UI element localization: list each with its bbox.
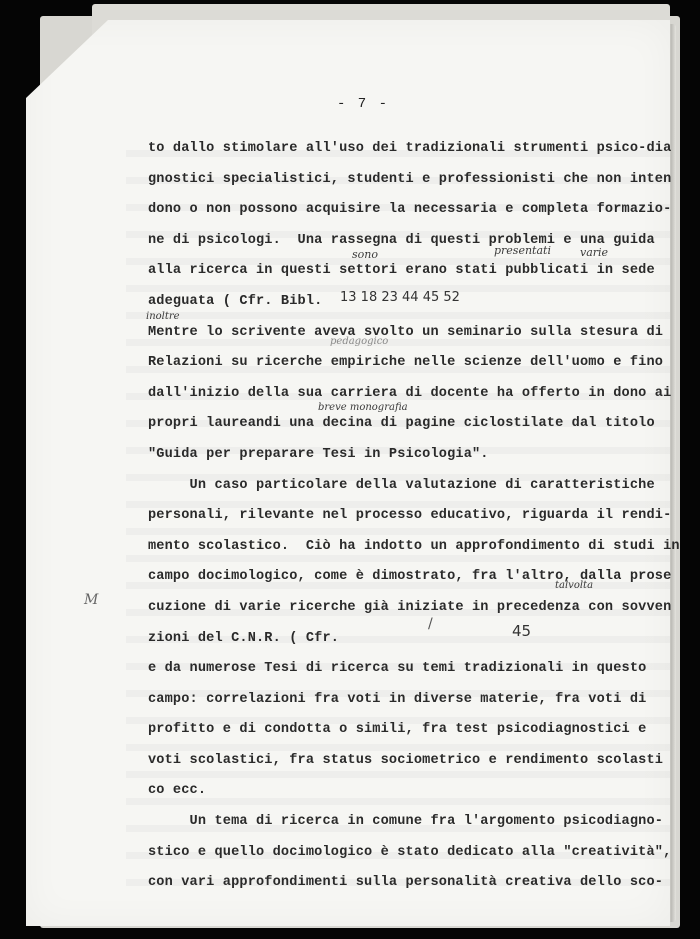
handwritten-pedagogico: pedagogico	[330, 336, 388, 347]
text-line: Un tema di ricerca in comune fra l'argom…	[148, 807, 668, 838]
text-line: cuzione di varie ricerche già iniziate i…	[148, 593, 668, 624]
margin-mark: M	[84, 592, 98, 608]
text-line: dono o non possono acquisire la necessar…	[148, 195, 668, 226]
handwritten-bibliography-refs: 13 18 23 44 45 52	[340, 290, 460, 305]
handwritten-sono: sono	[352, 248, 378, 261]
text-line: zioni del C.N.R. ( Cfr.	[148, 624, 668, 655]
text-line: profitto e di condotta o simili, fra tes…	[148, 715, 668, 746]
handwritten-talvolta: talvolta	[555, 580, 593, 591]
handwritten-presentati: presentati	[494, 244, 551, 257]
handwritten-slash-mark: /	[428, 616, 433, 632]
text-line: con vari approfondimenti sulla personali…	[148, 868, 668, 899]
text-line: propri laureandi una decina di pagine ci…	[148, 409, 668, 440]
text-line: stico e quello docimologico è stato dedi…	[148, 838, 668, 869]
text-line: gnostici specialistici, studenti e profe…	[148, 165, 668, 196]
text-line: alla ricerca in questi settori erano sta…	[148, 256, 668, 287]
handwritten-breve-monografia: breve monografia	[318, 402, 408, 413]
text-line: co ecc.	[148, 776, 668, 807]
text-line: Un caso particolare della valutazione di…	[148, 471, 668, 502]
page-number: - 7 -	[26, 96, 670, 112]
handwritten-inoltre: inoltre	[146, 311, 180, 322]
handwritten-varie: varie	[580, 246, 608, 259]
text-line: "Guida per preparare Tesi in Psicologia"…	[148, 440, 668, 471]
text-line: Mentre lo scrivente aveva svolto un semi…	[148, 318, 668, 349]
text-line: to dallo stimolare all'uso dei tradizion…	[148, 134, 668, 165]
handwritten-cnr-ref: 45	[512, 622, 531, 640]
text-line: e da numerose Tesi di ricerca su temi tr…	[148, 654, 668, 685]
text-line: mento scolastico. Ciò ha indotto un appr…	[148, 532, 668, 563]
text-line: dall'inizio della sua carriera di docent…	[148, 379, 668, 410]
text-line: Relazioni su ricerche empiriche nelle sc…	[148, 348, 668, 379]
text-line: personali, rilevante nel processo educat…	[148, 501, 668, 532]
text-line: campo: correlazioni fra voti in diverse …	[148, 685, 668, 716]
text-line: voti scolastici, fra status sociometrico…	[148, 746, 668, 777]
